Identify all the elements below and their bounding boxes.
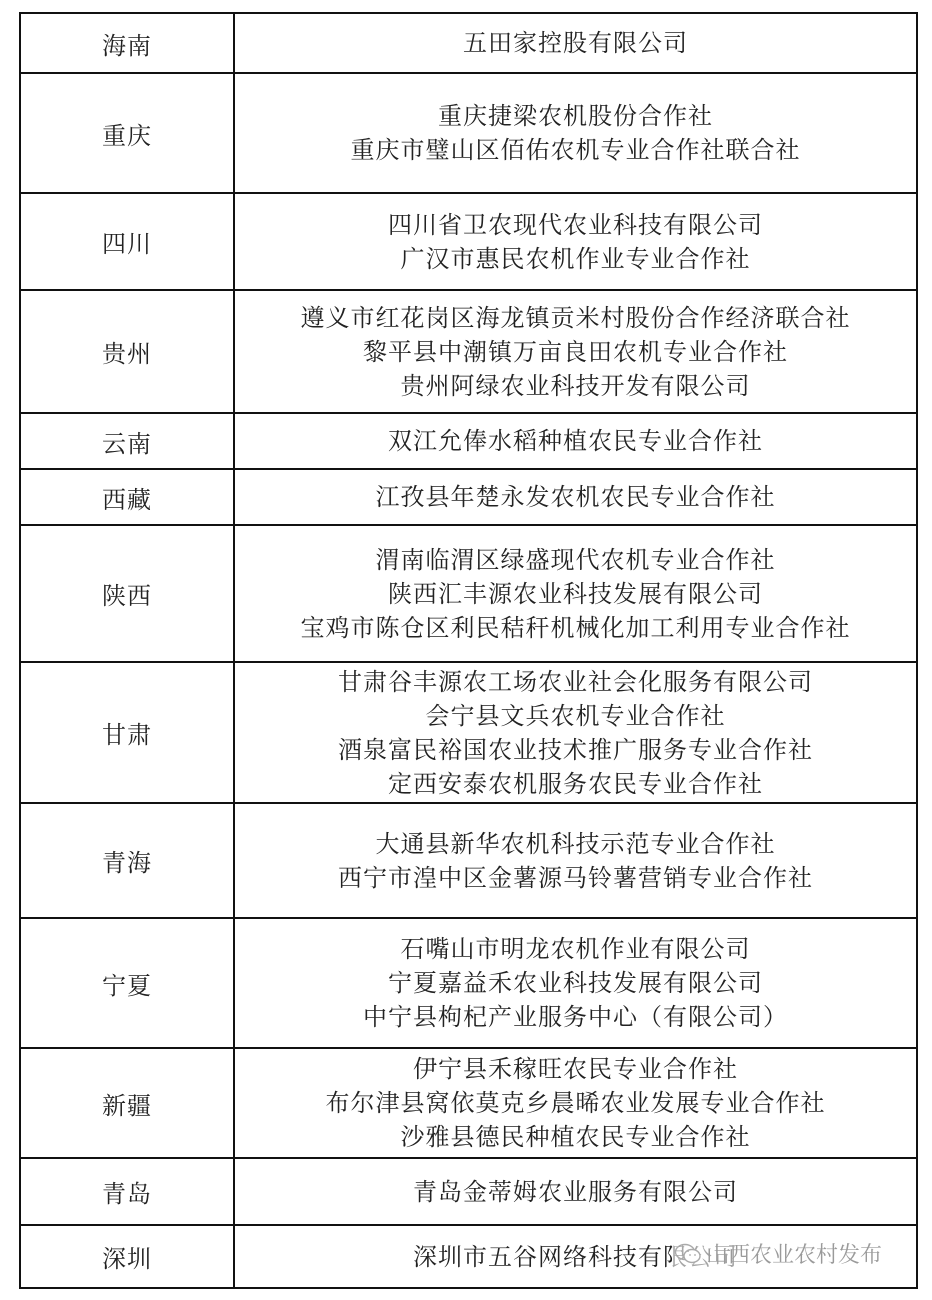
- organization-name: 伊宁县禾稼旺农民专业合作社: [413, 1052, 738, 1086]
- organizations-cell: 大通县新华农机科技示范专业合作社西宁市湟中区金薯源马铃薯营销专业合作社: [235, 804, 916, 917]
- organization-name: 双江允俸水稻种植农民专业合作社: [388, 424, 763, 458]
- organization-name: 西宁市湟中区金薯源马铃薯营销专业合作社: [338, 861, 813, 895]
- table-row: 青海大通县新华农机科技示范专业合作社西宁市湟中区金薯源马铃薯营销专业合作社: [21, 802, 916, 917]
- region-cell: 深圳: [21, 1226, 235, 1287]
- watermark: 山西农业农村发布: [672, 1238, 884, 1269]
- organization-name: 布尔津县窝依莫克乡晨晞农业发展专业合作社: [326, 1086, 826, 1120]
- region-cell: 宁夏: [21, 919, 235, 1047]
- table-row: 陕西渭南临渭区绿盛现代农机专业合作社陕西汇丰源农业科技发展有限公司宝鸡市陈仓区利…: [21, 524, 916, 661]
- organization-name: 大通县新华农机科技示范专业合作社: [376, 827, 776, 861]
- region-cell: 四川: [21, 194, 235, 289]
- organization-name: 沙雅县德民种植农民专业合作社: [401, 1120, 751, 1154]
- organizations-cell: 五田家控股有限公司: [235, 14, 916, 72]
- table-row: 西藏江孜县年楚永发农机农民专业合作社: [21, 468, 916, 524]
- organization-name: 酒泉富民裕国农业技术推广服务专业合作社: [338, 733, 813, 767]
- table-row: 海南五田家控股有限公司: [21, 14, 916, 72]
- organization-name: 会宁县文兵农机专业合作社: [426, 699, 726, 733]
- region-cell: 甘肃: [21, 663, 235, 802]
- organization-name: 渭南临渭区绿盛现代农机专业合作社: [376, 543, 776, 577]
- organizations-cell: 石嘴山市明龙农机作业有限公司宁夏嘉益禾农业科技发展有限公司中宁县枸杞产业服务中心…: [235, 919, 916, 1047]
- watermark-text: 山西农业农村发布: [706, 1238, 882, 1269]
- organization-name: 中宁县枸杞产业服务中心（有限公司）: [363, 1000, 788, 1034]
- region-cell: 海南: [21, 14, 235, 72]
- region-cell: 贵州: [21, 291, 235, 412]
- table-row: 青岛青岛金蒂姆农业服务有限公司: [21, 1157, 916, 1224]
- organization-name: 宝鸡市陈仓区利民秸秆机械化加工利用专业合作社: [301, 611, 851, 645]
- organization-name: 五田家控股有限公司: [463, 26, 688, 60]
- organization-name: 重庆市璧山区佰佑农机专业合作社联合社: [351, 133, 801, 167]
- organization-name: 遵义市红花岗区海龙镇贡米村股份合作经济联合社: [301, 301, 851, 335]
- organizations-cell: 青岛金蒂姆农业服务有限公司: [235, 1159, 916, 1224]
- table-row: 甘肃甘肃谷丰源农工场农业社会化服务有限公司会宁县文兵农机专业合作社酒泉富民裕国农…: [21, 661, 916, 802]
- organization-name: 甘肃谷丰源农工场农业社会化服务有限公司: [338, 665, 813, 699]
- region-cell: 青岛: [21, 1159, 235, 1224]
- table-row: 云南双江允俸水稻种植农民专业合作社: [21, 412, 916, 468]
- organization-name: 石嘴山市明龙农机作业有限公司: [401, 932, 751, 966]
- table-row: 四川四川省卫农现代农业科技有限公司广汉市惠民农机作业专业合作社: [21, 192, 916, 289]
- organizations-cell: 伊宁县禾稼旺农民专业合作社布尔津县窝依莫克乡晨晞农业发展专业合作社沙雅县德民种植…: [235, 1049, 916, 1157]
- organizations-cell: 江孜县年楚永发农机农民专业合作社: [235, 470, 916, 524]
- organization-name: 宁夏嘉益禾农业科技发展有限公司: [388, 966, 763, 1000]
- organization-name: 定西安泰农机服务农民专业合作社: [388, 767, 763, 801]
- organizations-cell: 重庆捷梁农机股份合作社重庆市璧山区佰佑农机专业合作社联合社: [235, 74, 916, 192]
- organization-name: 江孜县年楚永发农机农民专业合作社: [376, 480, 776, 514]
- organization-name: 广汉市惠民农机作业专业合作社: [401, 242, 751, 276]
- table-row: 宁夏石嘴山市明龙农机作业有限公司宁夏嘉益禾农业科技发展有限公司中宁县枸杞产业服务…: [21, 917, 916, 1047]
- table-row: 新疆伊宁县禾稼旺农民专业合作社布尔津县窝依莫克乡晨晞农业发展专业合作社沙雅县德民…: [21, 1047, 916, 1157]
- wechat-icon: [674, 1243, 702, 1265]
- organizations-cell: 双江允俸水稻种植农民专业合作社: [235, 414, 916, 468]
- organization-name: 陕西汇丰源农业科技发展有限公司: [388, 577, 763, 611]
- organization-name: 四川省卫农现代农业科技有限公司: [388, 208, 763, 242]
- organizations-cell: 甘肃谷丰源农工场农业社会化服务有限公司会宁县文兵农机专业合作社酒泉富民裕国农业技…: [235, 663, 916, 802]
- organization-name: 黎平县中潮镇万亩良田农机专业合作社: [363, 335, 788, 369]
- region-cell: 陕西: [21, 526, 235, 661]
- region-cell: 云南: [21, 414, 235, 468]
- organization-name: 贵州阿绿农业科技开发有限公司: [401, 369, 751, 403]
- organizations-cell: 渭南临渭区绿盛现代农机专业合作社陕西汇丰源农业科技发展有限公司宝鸡市陈仓区利民秸…: [235, 526, 916, 661]
- region-cell: 重庆: [21, 74, 235, 192]
- table-row: 贵州遵义市红花岗区海龙镇贡米村股份合作经济联合社黎平县中潮镇万亩良田农机专业合作…: [21, 289, 916, 412]
- organization-name: 青岛金蒂姆农业服务有限公司: [413, 1175, 738, 1209]
- organizations-cell: 遵义市红花岗区海龙镇贡米村股份合作经济联合社黎平县中潮镇万亩良田农机专业合作社贵…: [235, 291, 916, 412]
- region-cell: 新疆: [21, 1049, 235, 1157]
- organizations-cell: 四川省卫农现代农业科技有限公司广汉市惠民农机作业专业合作社: [235, 194, 916, 289]
- region-cell: 青海: [21, 804, 235, 917]
- organization-name: 重庆捷梁农机股份合作社: [438, 99, 713, 133]
- organization-table: 海南五田家控股有限公司重庆重庆捷梁农机股份合作社重庆市璧山区佰佑农机专业合作社联…: [19, 12, 918, 1289]
- table-row: 重庆重庆捷梁农机股份合作社重庆市璧山区佰佑农机专业合作社联合社: [21, 72, 916, 192]
- region-cell: 西藏: [21, 470, 235, 524]
